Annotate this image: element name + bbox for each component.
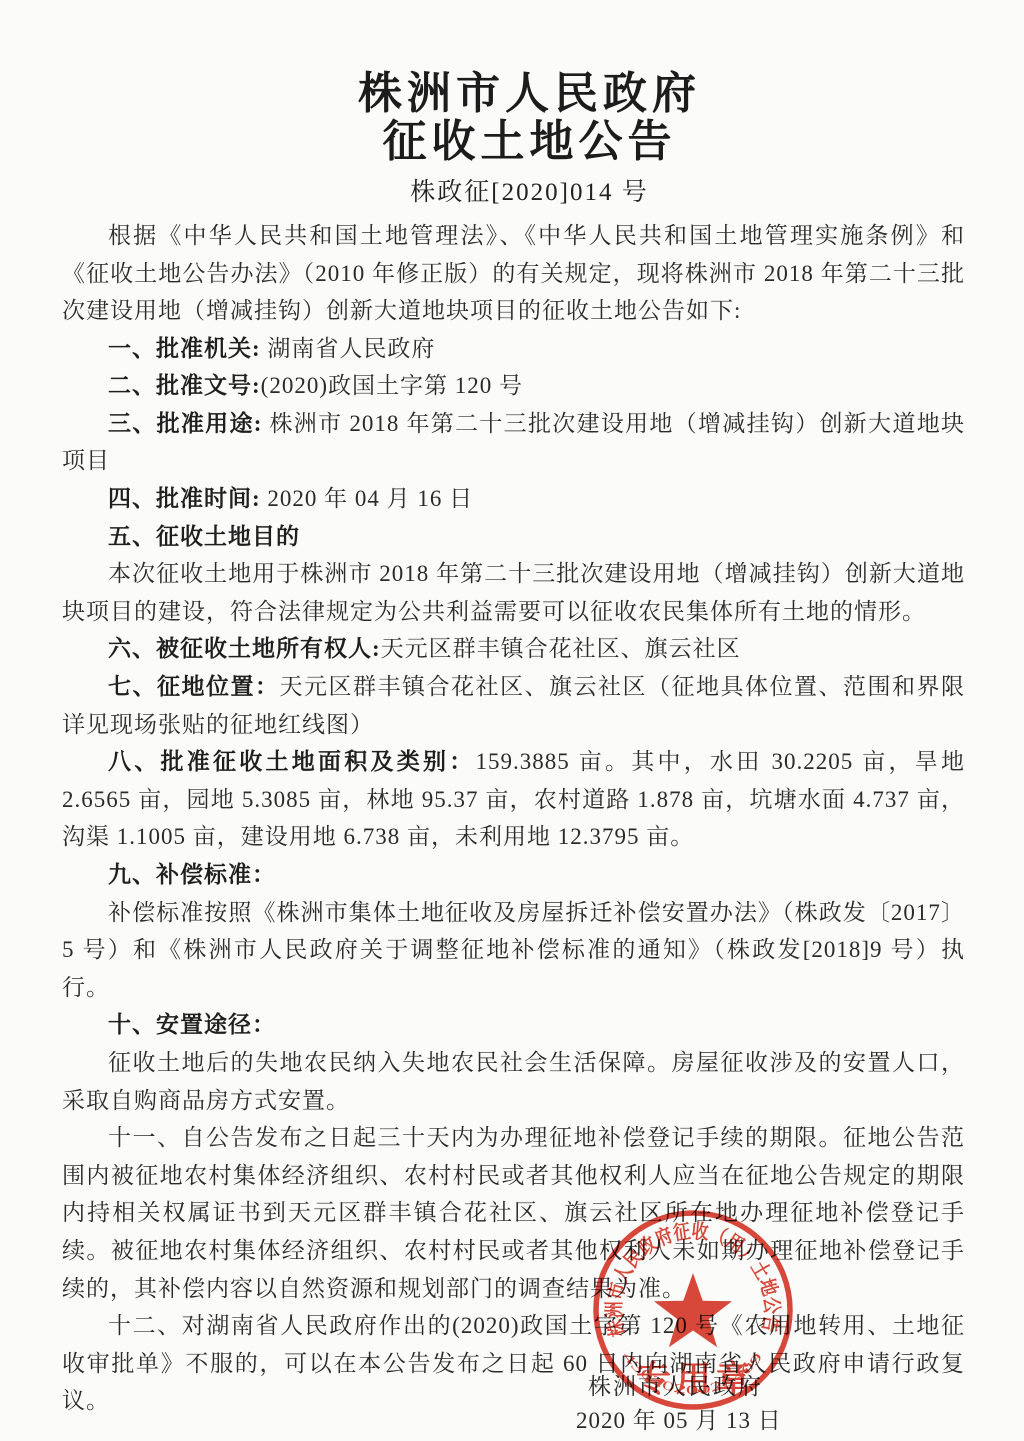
paragraph-item-9: 九、补偿标准：	[62, 856, 965, 894]
official-seal: 株洲市人民政府征收（用）土地公告 专用章 4302020025409	[585, 1203, 803, 1425]
paragraph-item-3: 三、批准用途: 株洲市 2018 年第二十三批次建设用地（增减挂钩）创新大道地块…	[62, 405, 965, 480]
paragraph-label: 一、批准机关:	[108, 336, 267, 361]
paragraph-text: 根据《中华人民共和国土地管理法》、《中华人民共和国土地管理实施条例》和《征收土地…	[62, 223, 965, 323]
paragraph-item-7: 七、征地位置：天元区群丰镇合花社区、旗云社区（征地具体位置、范围和界限详见现场张…	[62, 668, 965, 743]
paragraph-label: 十、安置途径：	[108, 1012, 276, 1037]
paragraph-text: 湖南省人民政府	[267, 336, 435, 361]
seal-star-icon	[654, 1273, 732, 1347]
document-title-line1: 株洲市人民政府	[78, 70, 981, 118]
paragraph-label: 六、被征收土地所有权人:	[108, 636, 381, 661]
paragraph-text: 十一、自公告发布之日起三十天内为办理征地补偿登记手续的期限。征地公告范围内被征地…	[62, 1125, 965, 1300]
paragraph-item-2: 二、批准文号:(2020)政国土字第 120 号	[62, 367, 965, 405]
paragraph-label: 九、补偿标准：	[108, 862, 276, 887]
paragraph-label: 五、征收土地目的	[108, 524, 300, 549]
paragraph-item-11: 十一、自公告发布之日起三十天内为办理征地补偿登记手续的期限。征地公告范围内被征地…	[62, 1119, 965, 1307]
document-page: 株洲市人民政府 征收土地公告 株政征[2020]014 号 根据《中华人民共和国…	[0, 0, 1024, 1441]
paragraph-item-1: 一、批准机关: 湖南省人民政府	[62, 330, 965, 368]
paragraph-item-9-body: 补偿标准按照《株洲市集体土地征收及房屋拆迁补偿安置办法》（株政发〔2017〕5 …	[62, 894, 965, 1007]
paragraph-label: 八、批准征收土地面积及类别：	[108, 749, 476, 774]
paragraph-text: 天元区群丰镇合花社区、旗云社区	[381, 636, 741, 661]
paragraph-item-12: 十二、对湖南省人民政府作出的(2020)政国土字第 120 号《农用地转用、土地…	[62, 1307, 965, 1420]
paragraph-label: 二、批准文号:	[108, 373, 261, 398]
paragraph-label: 四、批准时间:	[108, 486, 267, 511]
paragraph-text: 本次征收土地用于株洲市 2018 年第二十三批次建设用地（增减挂钩）创新大道地块…	[62, 561, 965, 624]
document-body: 根据《中华人民共和国土地管理法》、《中华人民共和国土地管理实施条例》和《征收土地…	[62, 217, 965, 1420]
paragraph-label: 三、批准用途:	[108, 411, 269, 436]
paragraph-text: (2020)政国土字第 120 号	[261, 373, 523, 398]
paragraph-item-4: 四、批准时间: 2020 年 04 月 16 日	[62, 480, 965, 518]
document-header: 株洲市人民政府 征收土地公告 株政征[2020]014 号	[78, 70, 981, 208]
paragraph-text: 征收土地后的失地农民纳入失地农民社会生活保障。房屋征收涉及的安置人口，采取自购商…	[62, 1050, 965, 1113]
paragraph-label: 七、征地位置：	[108, 674, 280, 699]
document-number: 株政征[2020]014 号	[78, 172, 981, 208]
paragraph-text: 十二、对湖南省人民政府作出的(2020)政国土字第 120 号《农用地转用、土地…	[62, 1313, 965, 1413]
document-title-line2: 征收土地公告	[78, 118, 981, 166]
paragraph-text: 补偿标准按照《株洲市集体土地征收及房屋拆迁补偿安置办法》（株政发〔2017〕5 …	[62, 900, 965, 1000]
paragraph-item-5-body: 本次征收土地用于株洲市 2018 年第二十三批次建设用地（增减挂钩）创新大道地块…	[62, 555, 965, 630]
paragraph-text: 2020 年 04 月 16 日	[267, 486, 473, 511]
paragraph-item-5: 五、征收土地目的	[62, 518, 965, 556]
paragraph-item-10-body: 征收土地后的失地农民纳入失地农民社会生活保障。房屋征收涉及的安置人口，采取自购商…	[62, 1044, 965, 1119]
document-content: 株洲市人民政府 征收土地公告 株政征[2020]014 号 根据《中华人民共和国…	[62, 70, 965, 1420]
paragraph-item-6: 六、被征收土地所有权人:天元区群丰镇合花社区、旗云社区	[62, 630, 965, 668]
paragraph-intro: 根据《中华人民共和国土地管理法》、《中华人民共和国土地管理实施条例》和《征收土地…	[62, 217, 965, 330]
paragraph-item-8: 八、批准征收土地面积及类别：159.3885 亩。其中，水田 30.2205 亩…	[62, 743, 965, 856]
paragraph-item-10: 十、安置途径：	[62, 1006, 965, 1044]
